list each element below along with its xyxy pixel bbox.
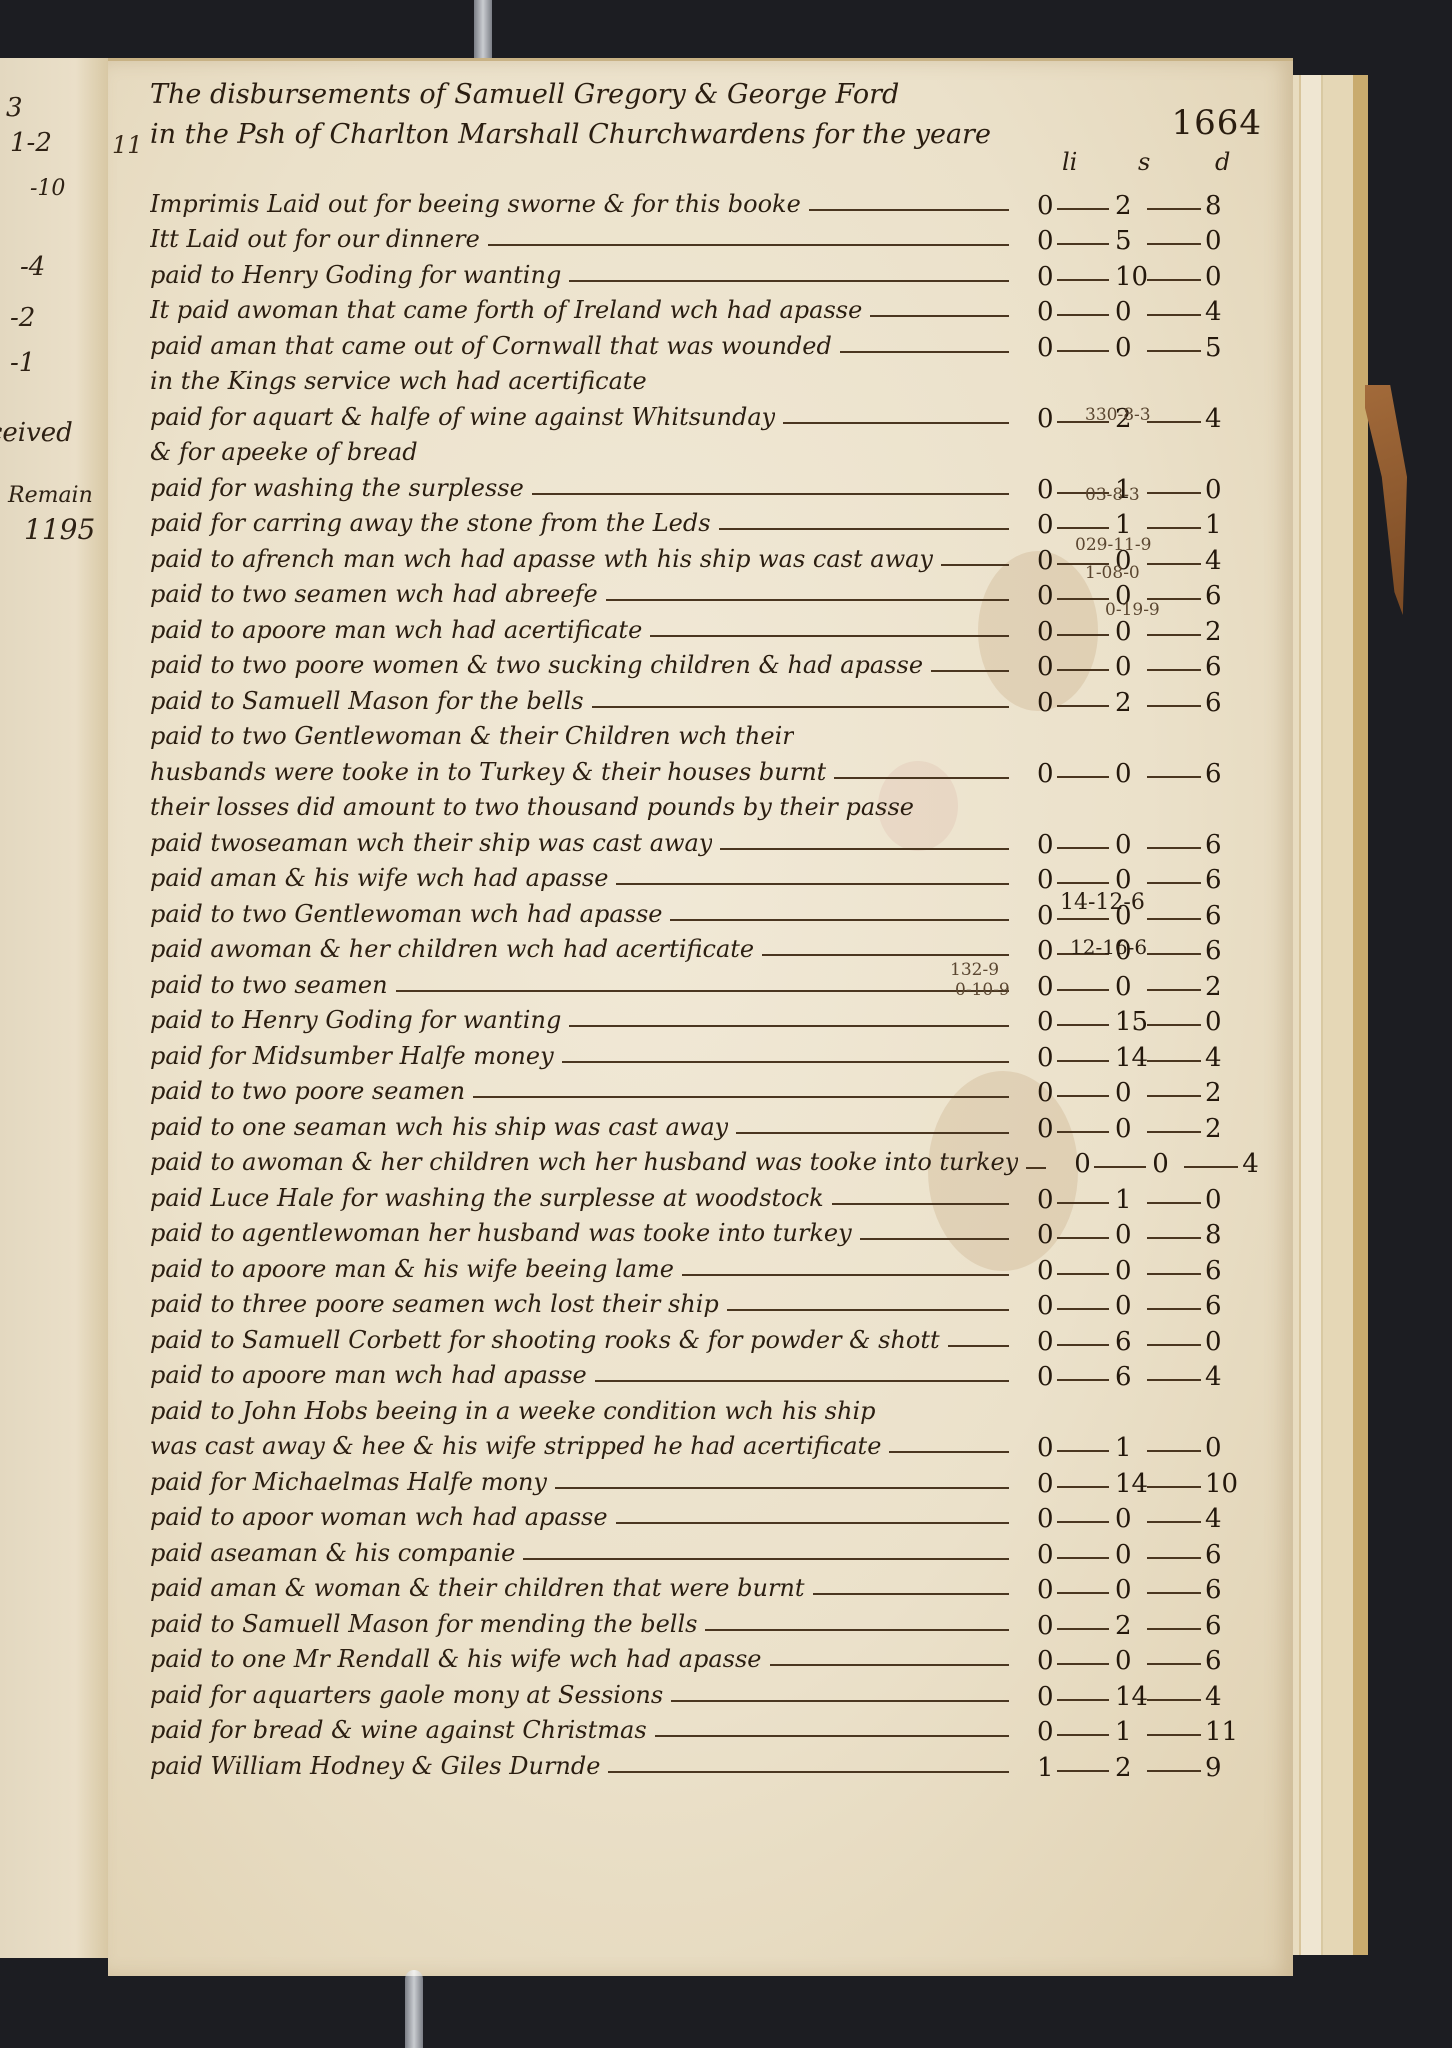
entry-description: paid to apoor woman wch had apasse bbox=[150, 1502, 608, 1534]
amount-pounds: 0 bbox=[1074, 1149, 1091, 1179]
ledger-entry: paid for Michaelmas Halfe mony01410 bbox=[150, 1463, 1260, 1499]
entry-amount: 028 bbox=[1015, 189, 1260, 221]
entry-leader-line bbox=[569, 280, 1009, 282]
marginal-sum: 0-10-9 bbox=[955, 980, 1010, 1000]
entry-description: paid to Henry Goding for wanting bbox=[150, 1005, 561, 1037]
amount-pounds: 0 bbox=[1037, 865, 1054, 895]
entry-description: paid to Samuell Mason for the bells bbox=[150, 686, 584, 718]
entry-amount: 004 bbox=[1015, 1502, 1260, 1534]
amount-pence: 0 bbox=[1205, 262, 1222, 292]
entry-leader-line bbox=[473, 1096, 1009, 1098]
entry-description: paid to two Gentlewoman & their Children… bbox=[150, 721, 794, 753]
entry-leader-line bbox=[616, 883, 1009, 885]
entry-leader-line bbox=[682, 1274, 1009, 1276]
amount-pence: 4 bbox=[1205, 1682, 1222, 1712]
ledger-entry: paid to Henry Goding for wanting0100 bbox=[150, 256, 1260, 292]
ledger-entry: paid to apoore man wch had acertificate0… bbox=[150, 611, 1260, 647]
amount-shillings: 0 bbox=[1152, 1149, 1169, 1179]
entry-description: paid to apoore man & his wife beeing lam… bbox=[150, 1254, 674, 1286]
entry-description: paid for Michaelmas Halfe mony bbox=[150, 1467, 547, 1499]
entry-amount: 064 bbox=[1015, 1360, 1260, 1392]
amount-pounds: 0 bbox=[1037, 1433, 1054, 1463]
leather-tab bbox=[1365, 385, 1407, 615]
amount-pence: 4 bbox=[1205, 1504, 1222, 1534]
entry-leader-line bbox=[736, 1132, 1009, 1134]
entry-leader-line bbox=[562, 1061, 1009, 1063]
entry-description: paid William Hodney & Giles Durnde bbox=[150, 1751, 600, 1783]
amount-shillings: 1 bbox=[1115, 1433, 1132, 1463]
amount-shillings: 2 bbox=[1115, 1753, 1132, 1783]
amount-pounds: 0 bbox=[1037, 759, 1054, 789]
amount-shillings: 14 bbox=[1115, 1682, 1148, 1712]
amount-pence: 0 bbox=[1205, 1433, 1222, 1463]
entry-leader-line bbox=[488, 244, 1009, 246]
entry-description: paid for washing the surplesse bbox=[150, 473, 524, 505]
amount-pence: 0 bbox=[1205, 1185, 1222, 1215]
ledger-entry: paid to apoore man wch had apasse064 bbox=[150, 1357, 1260, 1393]
amount-pence: 4 bbox=[1205, 297, 1222, 327]
entry-description: paid to two poore women & two sucking ch… bbox=[150, 650, 923, 682]
entry-description: paid to one seaman wch his ship was cast… bbox=[150, 1112, 728, 1144]
entry-description: paid twoseaman wch their ship was cast a… bbox=[150, 828, 712, 860]
amount-pounds: 0 bbox=[1037, 972, 1054, 1002]
amount-pence: 10 bbox=[1205, 1469, 1238, 1499]
entry-leader-line bbox=[931, 670, 1009, 672]
amount-pence: 6 bbox=[1205, 1256, 1222, 1286]
entry-description: paid for aquarters gaole mony at Session… bbox=[150, 1680, 663, 1712]
entry-amount: 129 bbox=[1015, 1751, 1260, 1783]
amount-shillings: 0 bbox=[1115, 617, 1132, 647]
entry-leader-line bbox=[783, 422, 1009, 424]
ledger-entry: paid for bread & wine against Christmas0… bbox=[150, 1712, 1260, 1748]
entry-leader-line bbox=[889, 1451, 1009, 1453]
amount-pounds: 0 bbox=[1037, 617, 1054, 647]
year: 1664 bbox=[1171, 103, 1262, 143]
entry-description: was cast away & hee & his wife stripped … bbox=[150, 1431, 881, 1463]
left-page-fragment: 3 1-2 -10 -4 -2 -1 received Remain 1195 bbox=[0, 58, 111, 1958]
page-block-edges bbox=[1293, 75, 1368, 1955]
amount-pounds: 0 bbox=[1037, 1114, 1054, 1144]
entry-description: paid to two seamen wch had abreefe bbox=[150, 579, 598, 611]
amount-pence: 6 bbox=[1205, 688, 1222, 718]
entry-amount: 0150 bbox=[1015, 1005, 1260, 1037]
amount-shillings: 2 bbox=[1115, 688, 1132, 718]
entry-leader-line bbox=[569, 1025, 1009, 1027]
entry-amount: 005 bbox=[1015, 331, 1260, 363]
left-fragment: 3 bbox=[6, 93, 23, 123]
entry-amount: 010 bbox=[1015, 1431, 1260, 1463]
ledger-entry: paid to two Gentlewoman & their Children… bbox=[150, 718, 1260, 754]
entry-description: paid for bread & wine against Christmas bbox=[150, 1715, 647, 1747]
ledger-entry: paid twoseaman wch their ship was cast a… bbox=[150, 824, 1260, 860]
amount-pounds: 0 bbox=[1037, 1327, 1054, 1357]
entry-leader-line bbox=[941, 564, 1009, 566]
ledger-entry: paid to two seamen002 bbox=[150, 966, 1260, 1002]
entry-leader-line bbox=[948, 1345, 1009, 1347]
entry-amount: 026 bbox=[1015, 686, 1260, 718]
amount-pounds: 0 bbox=[1037, 404, 1054, 434]
amount-pounds: 0 bbox=[1037, 1540, 1054, 1570]
entry-description: paid to apoore man wch had apasse bbox=[150, 1360, 587, 1392]
entry-description: paid to Samuell Corbett for shooting roo… bbox=[150, 1325, 940, 1357]
marginal-sum: 132-9 bbox=[950, 960, 999, 980]
entry-amount bbox=[1015, 437, 1260, 469]
entry-description: paid awoman & her children wch had acert… bbox=[150, 934, 754, 966]
amount-pounds: 0 bbox=[1037, 1504, 1054, 1534]
entry-description: paid aman that came out of Cornwall that… bbox=[150, 331, 832, 363]
amount-pence: 6 bbox=[1205, 1646, 1222, 1676]
entry-amount: 006 bbox=[1015, 1538, 1260, 1570]
amount-pounds: 0 bbox=[1037, 191, 1054, 221]
entry-leader-line bbox=[762, 954, 1009, 956]
amount-shillings: 15 bbox=[1115, 1007, 1148, 1037]
amount-pounds: 0 bbox=[1037, 1291, 1054, 1321]
entry-amount: 060 bbox=[1015, 1325, 1260, 1357]
amount-shillings: 0 bbox=[1115, 1291, 1132, 1321]
entry-amount: 006 bbox=[1015, 650, 1260, 682]
entry-amount bbox=[1015, 1396, 1260, 1428]
entry-amount: 0111 bbox=[1015, 1715, 1260, 1747]
entry-leader-line bbox=[720, 848, 1009, 850]
ledger-entry: Itt Laid out for our dinnere050 bbox=[150, 221, 1260, 257]
amount-pence: 11 bbox=[1205, 1717, 1238, 1747]
entry-description: paid to two poore seamen bbox=[150, 1076, 465, 1108]
entry-amount: 006 bbox=[1015, 1644, 1260, 1676]
marginal-sum: 14-12-6 bbox=[1060, 890, 1145, 915]
amount-pence: 6 bbox=[1205, 1540, 1222, 1570]
amount-pounds: 0 bbox=[1037, 652, 1054, 682]
amount-pence: 4 bbox=[1242, 1149, 1259, 1179]
entry-leader-line bbox=[719, 528, 1009, 530]
amount-pounds: 0 bbox=[1037, 936, 1054, 966]
pence-header: d bbox=[1215, 148, 1230, 176]
entry-leader-line bbox=[523, 1558, 1009, 1560]
marginal-sum: 12-16-6 bbox=[1070, 935, 1147, 959]
amount-shillings: 0 bbox=[1115, 1220, 1132, 1250]
amount-pence: 8 bbox=[1205, 191, 1222, 221]
ledger-entry: paid to Samuell Mason for mending the be… bbox=[150, 1605, 1260, 1641]
amount-pence: 0 bbox=[1205, 1007, 1222, 1037]
amount-pounds: 0 bbox=[1037, 830, 1054, 860]
entry-description: paid to three poore seamen wch lost thei… bbox=[150, 1289, 719, 1321]
entry-description: paid to afrench man wch had apasse wth h… bbox=[150, 544, 933, 576]
ledger-entry: paid to Samuell Corbett for shooting roo… bbox=[150, 1321, 1260, 1357]
amount-pence: 0 bbox=[1205, 475, 1222, 505]
amount-pence: 1 bbox=[1205, 510, 1222, 540]
entry-leader-line bbox=[655, 1735, 1009, 1737]
amount-shillings: 10 bbox=[1115, 262, 1148, 292]
entry-amount: 004 bbox=[1015, 295, 1260, 327]
ledger-entry: paid to Henry Goding for wanting0150 bbox=[150, 1002, 1260, 1038]
entry-amount bbox=[1015, 721, 1260, 753]
amount-pounds: 0 bbox=[1037, 1717, 1054, 1747]
ledger-entry: Imprimis Laid out for beeing sworne & fo… bbox=[150, 185, 1260, 221]
amount-pounds: 0 bbox=[1037, 546, 1054, 576]
entry-leader-line bbox=[770, 1664, 1009, 1666]
marginal-sum: 330-8-3 bbox=[1085, 405, 1151, 425]
entry-leader-line bbox=[809, 209, 1009, 211]
entry-description: paid aseaman & his companie bbox=[150, 1538, 515, 1570]
left-fragment: -10 bbox=[30, 176, 65, 201]
entry-description: paid to agentlewoman her husband was too… bbox=[150, 1218, 852, 1250]
entry-amount: 002 bbox=[1015, 1112, 1260, 1144]
amount-pounds: 0 bbox=[1037, 475, 1054, 505]
amount-shillings: 0 bbox=[1115, 1540, 1132, 1570]
amount-shillings: 0 bbox=[1115, 333, 1132, 363]
entry-description: paid aman & his wife wch had apasse bbox=[150, 863, 608, 895]
ledger-entry: husbands were tooke in to Turkey & their… bbox=[150, 753, 1260, 789]
amount-shillings: 1 bbox=[1115, 1717, 1132, 1747]
entry-leader-line bbox=[832, 1203, 1009, 1205]
amount-pence: 2 bbox=[1205, 1078, 1222, 1108]
entry-leader-line bbox=[650, 635, 1009, 637]
left-fragment: Remain bbox=[8, 483, 93, 508]
amount-shillings: 0 bbox=[1115, 1256, 1132, 1286]
amount-shillings: 0 bbox=[1115, 1078, 1132, 1108]
amount-shillings: 14 bbox=[1115, 1043, 1148, 1073]
amount-pounds: 0 bbox=[1037, 1220, 1054, 1250]
amount-pounds: 0 bbox=[1037, 297, 1054, 327]
amount-shillings: 0 bbox=[1115, 297, 1132, 327]
amount-shillings: 0 bbox=[1115, 830, 1132, 860]
amount-shillings: 0 bbox=[1115, 1504, 1132, 1534]
entry-leader-line bbox=[1026, 1167, 1046, 1169]
entry-description: paid to one Mr Rendall & his wife wch ha… bbox=[150, 1644, 762, 1676]
entry-amount: 01410 bbox=[1015, 1467, 1260, 1499]
entry-description: paid to John Hobs beeing in a weeke cond… bbox=[150, 1396, 875, 1428]
ledger-entry: paid to John Hobs beeing in a weeke cond… bbox=[150, 1392, 1260, 1428]
amount-pence: 8 bbox=[1205, 1220, 1222, 1250]
amount-shillings: 14 bbox=[1115, 1469, 1148, 1499]
marginal-sum: 029-11-9 bbox=[1075, 535, 1151, 555]
left-fragment: -1 bbox=[10, 348, 35, 378]
ledger-entry: paid to apoore man & his wife beeing lam… bbox=[150, 1250, 1260, 1286]
entry-amount: 026 bbox=[1015, 1609, 1260, 1641]
amount-pounds: 0 bbox=[1037, 1646, 1054, 1676]
left-fragment: 1195 bbox=[24, 513, 95, 546]
amount-pounds: 0 bbox=[1037, 1185, 1054, 1215]
entry-amount: 0144 bbox=[1015, 1680, 1260, 1712]
entry-description: paid to two Gentlewoman wch had apasse bbox=[150, 899, 662, 931]
entry-amount: 0144 bbox=[1015, 1041, 1260, 1073]
entry-leader-line bbox=[813, 1593, 1009, 1595]
amount-pounds: 0 bbox=[1037, 262, 1054, 292]
entry-amount: 008 bbox=[1015, 1218, 1260, 1250]
amount-pence: 6 bbox=[1205, 901, 1222, 931]
ledger-entry: paid to three poore seamen wch lost thei… bbox=[150, 1286, 1260, 1322]
amount-pence: 6 bbox=[1205, 759, 1222, 789]
entry-description: & for apeeke of bread bbox=[150, 437, 418, 469]
ledger-entry: paid aman that came out of Cornwall that… bbox=[150, 327, 1260, 363]
entry-leader-line bbox=[727, 1309, 1009, 1311]
folio-mark: 11 bbox=[112, 131, 143, 159]
amount-pence: 6 bbox=[1205, 830, 1222, 860]
entry-leader-line bbox=[705, 1629, 1009, 1631]
entry-description: paid for Midsumber Halfe money bbox=[150, 1041, 554, 1073]
ledger-entry: paid to one Mr Rendall & his wife wch ha… bbox=[150, 1641, 1260, 1677]
amount-shillings: 2 bbox=[1115, 1611, 1132, 1641]
entry-description: husbands were tooke in to Turkey & their… bbox=[150, 757, 826, 789]
entry-leader-line bbox=[532, 493, 1009, 495]
entry-amount bbox=[1015, 366, 1260, 398]
amount-shillings: 6 bbox=[1115, 1362, 1132, 1392]
entry-amount: 050 bbox=[1015, 224, 1260, 256]
ledger-entry: paid to awoman & her children wch her hu… bbox=[150, 1144, 1260, 1180]
entry-description: paid Luce Hale for washing the surplesse… bbox=[150, 1183, 824, 1215]
amount-pounds: 0 bbox=[1037, 688, 1054, 718]
amount-shillings: 0 bbox=[1115, 759, 1132, 789]
amount-shillings: 0 bbox=[1115, 1646, 1132, 1676]
amount-pounds: 0 bbox=[1037, 333, 1054, 363]
marginal-sum: 1-08-0 bbox=[1085, 563, 1140, 583]
amount-shillings: 6 bbox=[1115, 1327, 1132, 1357]
amount-pounds: 0 bbox=[1037, 1682, 1054, 1712]
entry-description: paid to awoman & her children wch her hu… bbox=[150, 1147, 1018, 1179]
amount-pounds: 0 bbox=[1037, 1256, 1054, 1286]
entry-description: Itt Laid out for our dinnere bbox=[150, 224, 480, 256]
amount-pounds: 0 bbox=[1037, 1575, 1054, 1605]
amount-shillings: 5 bbox=[1115, 226, 1132, 256]
left-fragment: -4 bbox=[20, 252, 45, 282]
amount-shillings: 0 bbox=[1115, 1114, 1132, 1144]
entry-leader-line bbox=[870, 315, 1009, 317]
entry-leader-line bbox=[592, 706, 1009, 708]
entry-amount: 006 bbox=[1015, 1289, 1260, 1321]
entry-description: paid aman & woman & their children that … bbox=[150, 1573, 805, 1605]
amount-shillings: 0 bbox=[1115, 972, 1132, 1002]
amount-pence: 6 bbox=[1205, 652, 1222, 682]
amount-pounds: 0 bbox=[1037, 581, 1054, 611]
entry-description: paid to apoore man wch had acertificate bbox=[150, 615, 642, 647]
entry-description: paid to Samuell Mason for mending the be… bbox=[150, 1609, 697, 1641]
ledger-entry: paid to agentlewoman her husband was too… bbox=[150, 1215, 1260, 1251]
amount-pence: 6 bbox=[1205, 865, 1222, 895]
entry-amount: 006 bbox=[1015, 828, 1260, 860]
entry-leader-line bbox=[670, 919, 1009, 921]
entry-amount: 002 bbox=[1015, 1076, 1260, 1108]
amount-pence: 2 bbox=[1205, 617, 1222, 647]
entry-amount: 006 bbox=[1015, 1254, 1260, 1286]
ledger-entry: paid to Samuell Mason for the bells026 bbox=[150, 682, 1260, 718]
ledger-entry: paid to one seaman wch his ship was cast… bbox=[150, 1108, 1260, 1144]
ledger-entry: paid Luce Hale for washing the surplesse… bbox=[150, 1179, 1260, 1215]
marginal-sum: 03-8-3 bbox=[1085, 485, 1140, 505]
entry-description: paid for aquart & halfe of wine against … bbox=[150, 402, 775, 434]
entry-leader-line bbox=[616, 1522, 1009, 1524]
entry-amount: 006 bbox=[1015, 1573, 1260, 1605]
entry-amount bbox=[1015, 792, 1260, 824]
ledger-entry: paid aman & woman & their children that … bbox=[150, 1570, 1260, 1606]
marginal-sum: 0-19-9 bbox=[1105, 600, 1160, 620]
entry-description: in the Kings service wch had acertificat… bbox=[150, 366, 647, 398]
amount-shillings: 1 bbox=[1115, 1185, 1132, 1215]
ledger-entry: paid for Midsumber Halfe money0144 bbox=[150, 1037, 1260, 1073]
amount-pounds: 0 bbox=[1037, 901, 1054, 931]
entry-leader-line bbox=[606, 599, 1009, 601]
entry-description: It paid awoman that came forth of Irelan… bbox=[150, 295, 862, 327]
shillings-header: s bbox=[1138, 148, 1150, 176]
amount-pence: 0 bbox=[1205, 1327, 1222, 1357]
ledger-entry: paid to two poore women & two sucking ch… bbox=[150, 647, 1260, 683]
ledger-entry: paid to two poore seamen002 bbox=[150, 1073, 1260, 1109]
entry-leader-line bbox=[595, 1380, 1009, 1382]
pounds-header: li bbox=[1062, 148, 1077, 176]
amount-pence: 4 bbox=[1205, 546, 1222, 576]
amount-pounds: 0 bbox=[1037, 1043, 1054, 1073]
amount-shillings: 0 bbox=[1115, 1575, 1132, 1605]
heading-line-1: The disbursements of Samuell Gregory & G… bbox=[150, 75, 1270, 115]
entry-leader-line bbox=[834, 777, 1009, 779]
amount-pence: 4 bbox=[1205, 404, 1222, 434]
amount-pounds: 0 bbox=[1037, 510, 1054, 540]
entry-leader-line bbox=[396, 990, 1009, 992]
amount-pence: 6 bbox=[1205, 1611, 1222, 1641]
amount-pounds: 1 bbox=[1037, 1753, 1054, 1783]
amount-pence: 2 bbox=[1205, 1114, 1222, 1144]
ledger-entry: paid for aquarters gaole mony at Session… bbox=[150, 1676, 1260, 1712]
left-fragment: -2 bbox=[10, 303, 35, 333]
amount-pounds: 0 bbox=[1037, 1469, 1054, 1499]
account-heading: The disbursements of Samuell Gregory & G… bbox=[150, 75, 1270, 155]
entry-amount: 002 bbox=[1015, 970, 1260, 1002]
entry-leader-line bbox=[555, 1487, 1009, 1489]
amount-shillings: 0 bbox=[1115, 652, 1132, 682]
entry-amount: 006 bbox=[1015, 757, 1260, 789]
page-clip-bottom bbox=[405, 1970, 423, 2048]
entry-description: paid for carring away the stone from the… bbox=[150, 508, 711, 540]
entry-leader-line bbox=[671, 1700, 1009, 1702]
ledger-entry: paid aseaman & his companie006 bbox=[150, 1534, 1260, 1570]
amount-pence: 6 bbox=[1205, 936, 1222, 966]
amount-pounds: 0 bbox=[1037, 1007, 1054, 1037]
amount-pence: 2 bbox=[1205, 972, 1222, 1002]
entry-leader-line bbox=[840, 351, 1009, 353]
entry-description: their losses did amount to two thousand … bbox=[150, 792, 914, 824]
left-fragment: 1-2 bbox=[10, 128, 52, 158]
amount-pence: 6 bbox=[1205, 1575, 1222, 1605]
currency-column-headers: li s d bbox=[1050, 148, 1250, 178]
amount-pence: 4 bbox=[1205, 1362, 1222, 1392]
amount-pence: 6 bbox=[1205, 581, 1222, 611]
entry-description: paid to two seamen bbox=[150, 970, 388, 1002]
ledger-entry: paid to apoor woman wch had apasse004 bbox=[150, 1499, 1260, 1535]
entry-description: paid to Henry Goding for wanting bbox=[150, 260, 561, 292]
amount-pence: 0 bbox=[1205, 226, 1222, 256]
entry-amount: 004 bbox=[1052, 1147, 1297, 1179]
ledger-entry: paid William Hodney & Giles Durnde129 bbox=[150, 1747, 1260, 1783]
ledger-entry: in the Kings service wch had acertificat… bbox=[150, 363, 1260, 399]
ledger-entry: & for apeeke of bread bbox=[150, 434, 1260, 470]
amount-pounds: 0 bbox=[1037, 1362, 1054, 1392]
entry-leader-line bbox=[608, 1771, 1009, 1773]
entry-description: Imprimis Laid out for beeing sworne & fo… bbox=[150, 189, 801, 221]
amount-pounds: 0 bbox=[1037, 226, 1054, 256]
ledger-entry: their losses did amount to two thousand … bbox=[150, 789, 1260, 825]
entry-amount: 0100 bbox=[1015, 260, 1260, 292]
amount-shillings: 2 bbox=[1115, 191, 1132, 221]
amount-pence: 5 bbox=[1205, 333, 1222, 363]
left-fragment: received bbox=[0, 418, 73, 448]
ledger-entry: was cast away & hee & his wife stripped … bbox=[150, 1428, 1260, 1464]
amount-pence: 6 bbox=[1205, 1291, 1222, 1321]
entry-leader-line bbox=[860, 1238, 1009, 1240]
amount-pence: 9 bbox=[1205, 1753, 1222, 1783]
entry-amount: 010 bbox=[1015, 1183, 1260, 1215]
ledger-entry: It paid awoman that came forth of Irelan… bbox=[150, 292, 1260, 328]
amount-pounds: 0 bbox=[1037, 1611, 1054, 1641]
amount-pounds: 0 bbox=[1037, 1078, 1054, 1108]
amount-pence: 4 bbox=[1205, 1043, 1222, 1073]
